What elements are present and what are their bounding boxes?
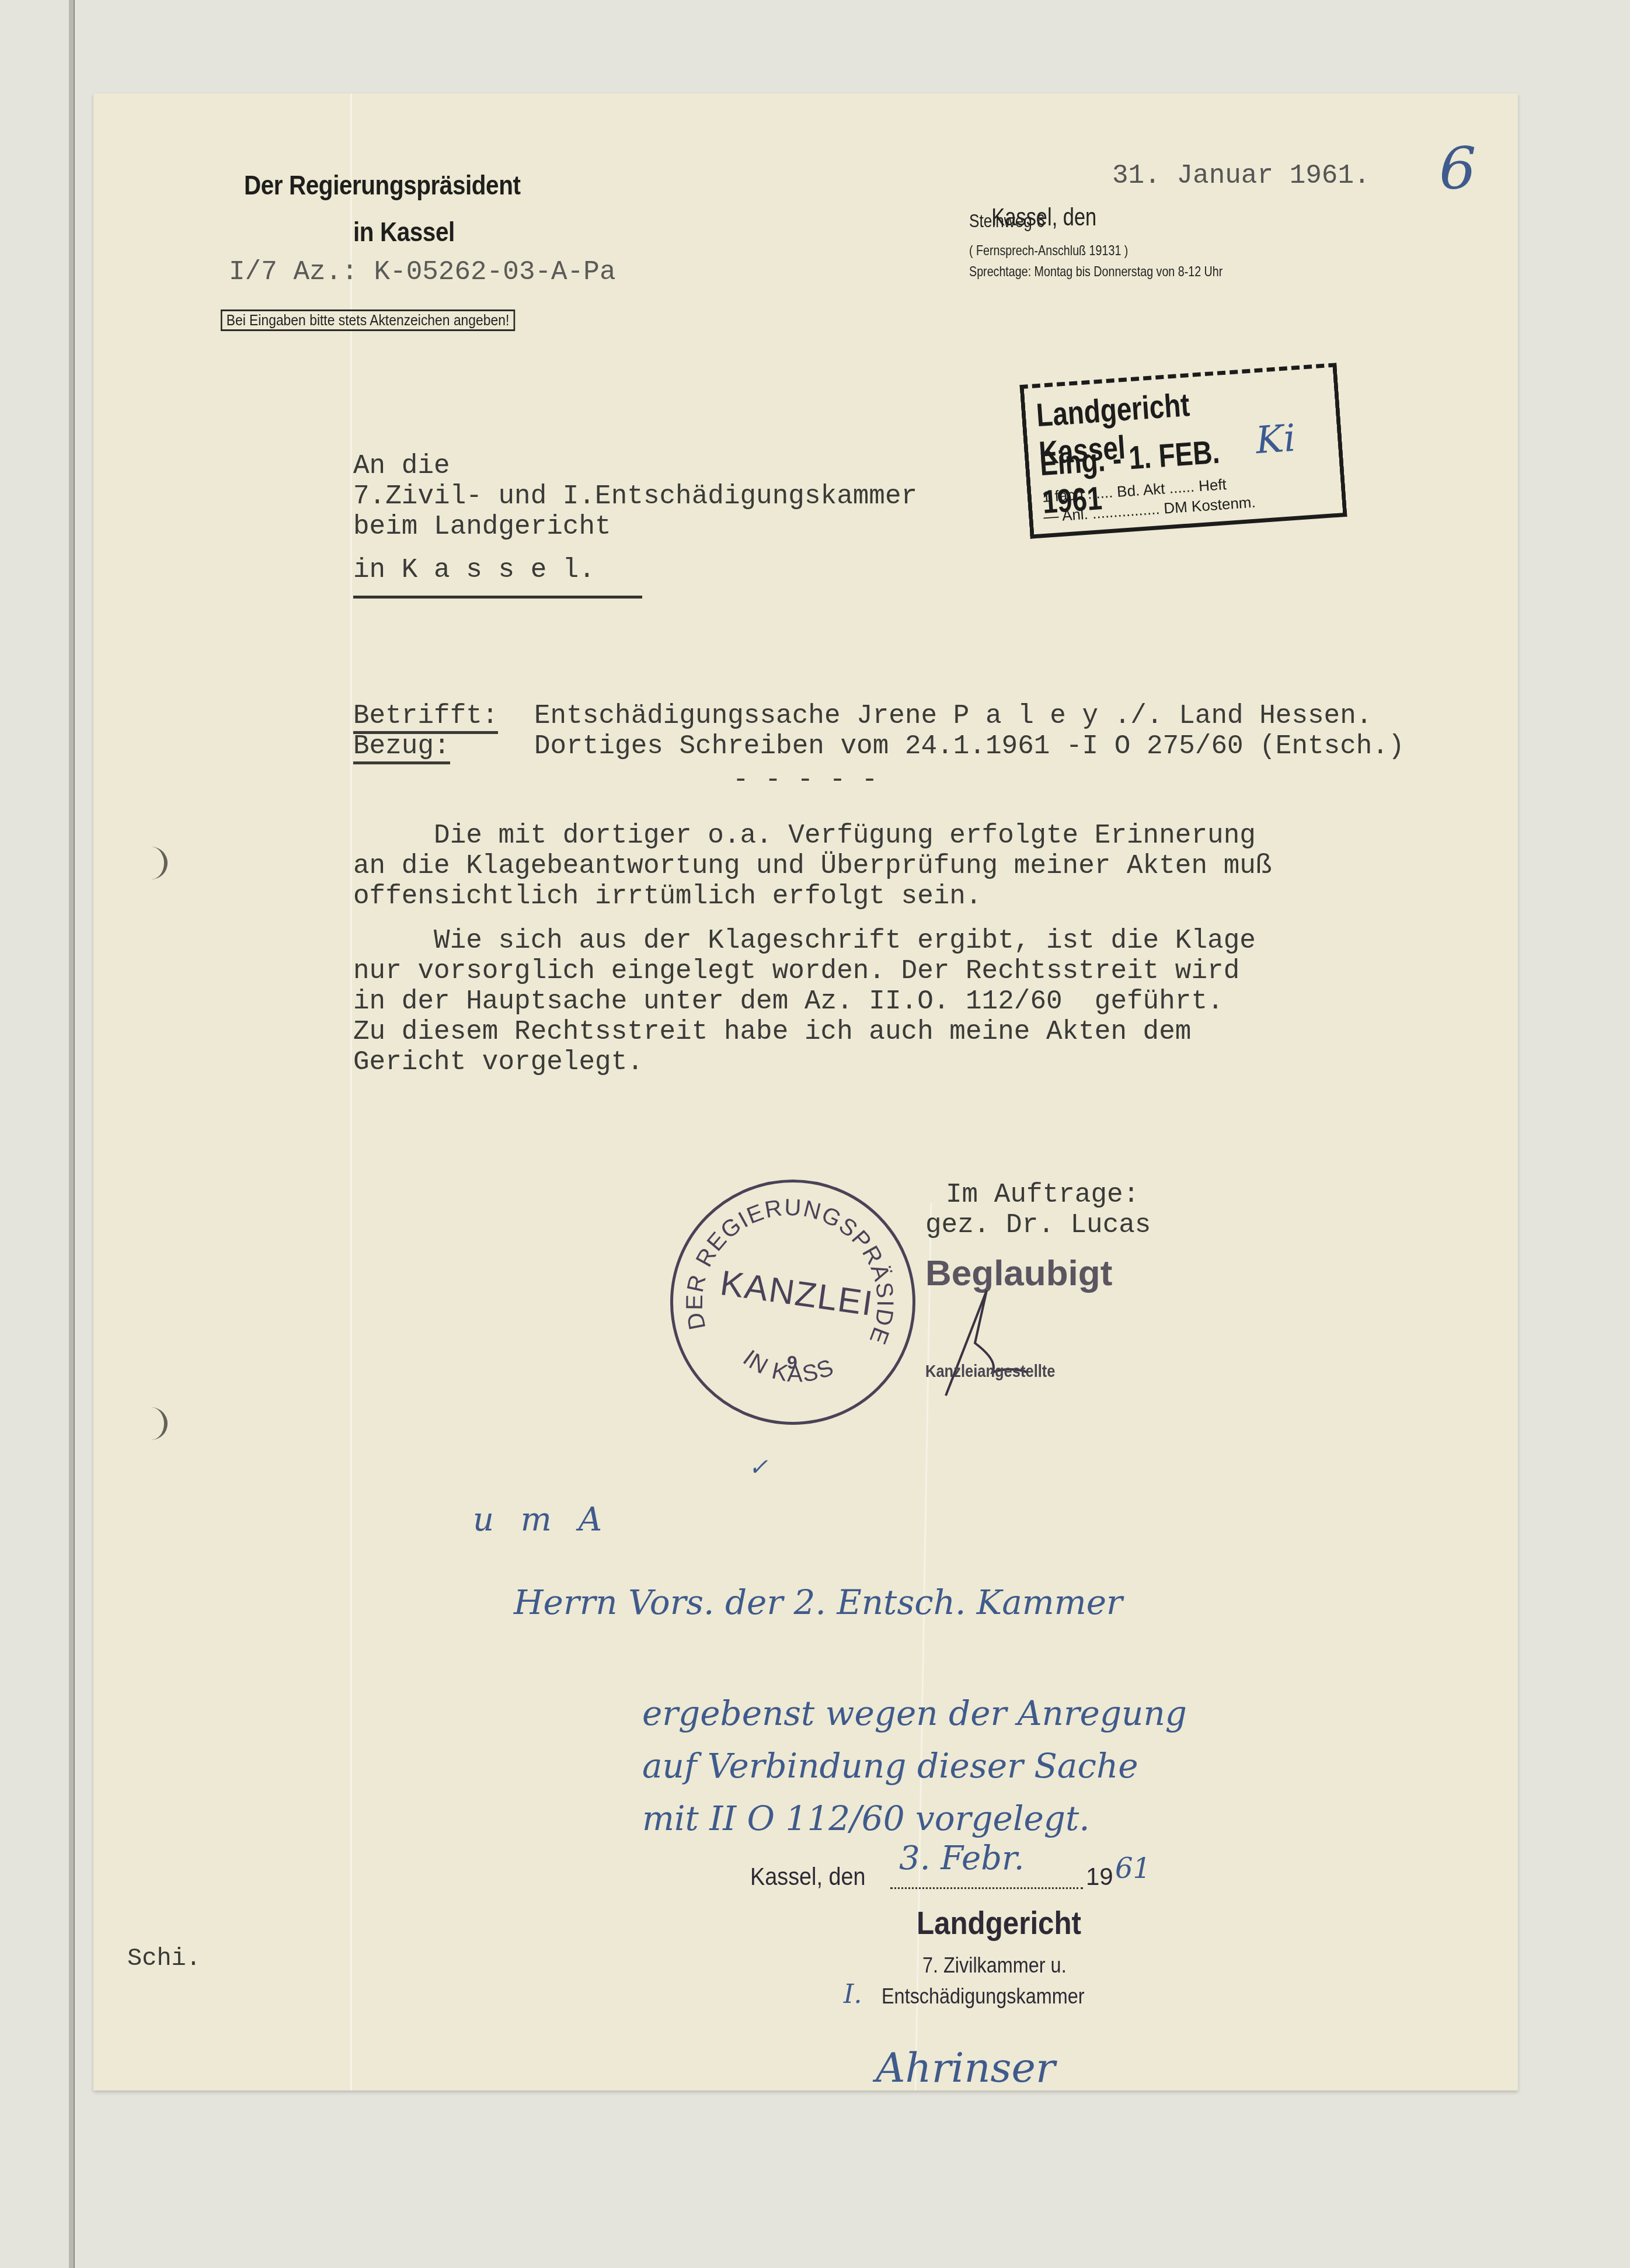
- court-date-label: Kassel, den: [750, 1863, 866, 1891]
- recipient-underline: [353, 596, 642, 599]
- received-stamp: Landgericht Kassel Eing. - 1. FEB. 1961 …: [1019, 363, 1347, 538]
- handwritten-note-line: ergebenst wegen der Anregung: [642, 1693, 1187, 1733]
- betrifft-label: Betrifft:: [353, 701, 498, 734]
- authority-name: Der Regierungspräsident: [244, 169, 521, 201]
- reference-notice: Bei Eingaben bitte stets Aktenzeichen an…: [221, 309, 515, 331]
- typist-initials: Schi.: [127, 1945, 201, 1973]
- court-date-handwritten: 3. Febr.: [899, 1839, 1024, 1877]
- recipient-line: 7.Zivil- und I.Entschädigungskammer: [353, 481, 917, 512]
- court-year-handwritten: 61: [1115, 1852, 1151, 1885]
- recipient-line: beim Landgericht: [353, 512, 611, 542]
- office-hours: Sprechtage: Montag bis Donnerstag von 8-…: [969, 264, 1222, 280]
- body-line: Zu diesem Rechtsstreit habe ich auch mei…: [353, 1017, 1191, 1047]
- phone-number: ( Fernsprech-Anschluß 19131 ): [969, 243, 1128, 259]
- body-line: nur vorsorglich eingelegt worden. Der Re…: [353, 956, 1239, 986]
- hand-mark: ✓: [748, 1454, 768, 1481]
- judge-signature: Ahrinser: [876, 2044, 1055, 2092]
- court-name: Landgericht: [917, 1904, 1081, 1942]
- court-year-prefix: 19: [1086, 1863, 1113, 1891]
- received-stamp-initials: Ki: [1255, 417, 1297, 463]
- date-dotted-line: [890, 1887, 1083, 1889]
- paper-crease: [350, 93, 352, 2090]
- recipient-city: in K a s s e l.: [353, 555, 595, 585]
- handwritten-note-line: Herrn Vors. der 2. Entsch. Kammer: [514, 1582, 1123, 1622]
- betrifft-text: Entschädigungssache Jrene P a l e y ./. …: [534, 701, 1372, 731]
- punch-hole: [143, 847, 168, 879]
- clerk-title: Kanzleiangestellte: [925, 1362, 1056, 1382]
- body-line: Die mit dortiger o.a. Verfügung erfolgte…: [353, 820, 1256, 851]
- body-line: in der Hauptsache unter dem Az. II.O. 11…: [353, 986, 1224, 1017]
- separator: - - - - -: [733, 765, 877, 795]
- handwritten-note-line: u m A: [473, 1501, 610, 1539]
- page-number: 6: [1439, 134, 1476, 203]
- street-address: Steinweg 6: [969, 210, 1045, 232]
- body-line: Wie sich aus der Klageschrift ergibt, is…: [353, 926, 1256, 956]
- bezug-text: Dortiges Schreiben vom 24.1.1961 -I O 27…: [534, 731, 1405, 761]
- handwritten-note-line: auf Verbindung dieser Sache: [642, 1746, 1138, 1786]
- body-line: an die Klagebeantwortung und Überprüfung…: [353, 851, 1272, 881]
- binder-edge: [69, 0, 75, 2268]
- official-seal: DER REGIERUNGSPRÄSIDENT IN KASSEL KANZLE…: [670, 1180, 915, 1425]
- body-line: offensichtlich irrtümlich erfolgt sein.: [353, 881, 982, 912]
- letter-date: 31. Januar 1961.: [1112, 161, 1370, 191]
- clerk-signature-icon: [934, 1285, 1086, 1401]
- bezug-label: Bezug:: [353, 731, 450, 764]
- recipient-line: An die: [353, 451, 450, 481]
- file-reference: I/7 Az.: K-05262-03-A-Pa: [229, 257, 616, 287]
- authority-city: in Kassel: [353, 216, 455, 248]
- court-chamber: Entschädigungskammer: [882, 1984, 1085, 2009]
- punch-hole: [143, 1407, 168, 1440]
- handwritten-note-line: mit II O 112/60 vorgelegt.: [642, 1799, 1090, 1838]
- svg-text:DER REGIERUNGSPRÄSIDENT: DER REGIERUNGSPRÄSIDENT: [673, 1182, 898, 1348]
- signature-name: gez. Dr. Lucas: [925, 1210, 1151, 1240]
- court-chamber-number: I.: [844, 1980, 862, 2009]
- court-chamber: 7. Zivilkammer u.: [922, 1953, 1067, 1978]
- seal-number: 9: [787, 1352, 797, 1373]
- body-line: Gericht vorgelegt.: [353, 1047, 643, 1077]
- signature-on-behalf: Im Auftrage:: [946, 1180, 1139, 1210]
- document-page: Der Regierungspräsident in Kassel I/7 Az…: [93, 93, 1518, 2090]
